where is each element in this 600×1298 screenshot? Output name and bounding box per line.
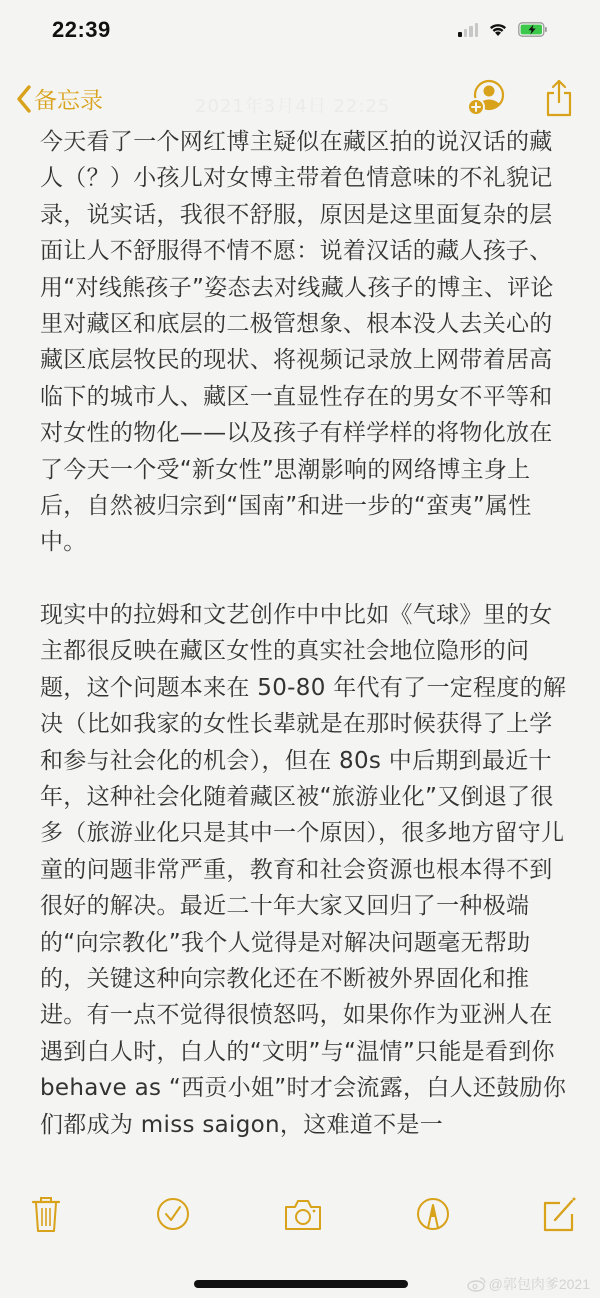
trash-icon[interactable] xyxy=(31,1196,61,1234)
add-person-icon[interactable] xyxy=(466,78,506,118)
camera-icon[interactable] xyxy=(284,1196,322,1232)
note-paragraph-1: 今天看了一个网红博主疑似在藏区拍的说汉话的藏人（？）小孩儿对女博主带着色情意味的… xyxy=(40,124,570,561)
note-paragraph-2: 现实中的拉姆和文艺创作中中比如《气球》里的女主都很反映在藏区女性的真实社会地位隐… xyxy=(40,597,570,1143)
navigation-bar: 备忘录 2021年3月4日 22:25 xyxy=(0,72,600,122)
note-body[interactable]: 今天看了一个网红博主疑似在藏区拍的说汉话的藏人（？）小孩儿对女博主带着色情意味的… xyxy=(40,124,570,1143)
note-date: 2021年3月4日 22:25 xyxy=(195,92,390,118)
home-indicator[interactable] xyxy=(194,1280,408,1288)
weibo-icon xyxy=(467,1276,487,1292)
cellular-signal-icon xyxy=(458,23,478,37)
status-bar: 22:39 xyxy=(0,0,600,70)
nav-actions xyxy=(466,78,574,118)
battery-charging-icon xyxy=(518,22,548,37)
wifi-icon xyxy=(488,22,508,37)
chevron-left-icon xyxy=(16,85,32,113)
checkmark-circle-icon[interactable] xyxy=(156,1196,190,1232)
status-time: 22:39 xyxy=(52,17,111,43)
watermark-text: @郭包肉爹2021 xyxy=(489,1274,590,1294)
pen-tip-circle-icon[interactable] xyxy=(416,1196,450,1232)
back-label: 备忘录 xyxy=(34,82,103,115)
share-icon[interactable] xyxy=(544,78,574,118)
watermark: @郭包肉爹2021 xyxy=(467,1274,590,1294)
bottom-toolbar xyxy=(0,1196,600,1240)
compose-icon[interactable] xyxy=(541,1196,577,1232)
status-icons xyxy=(458,22,548,37)
back-button[interactable]: 备忘录 xyxy=(16,82,103,115)
